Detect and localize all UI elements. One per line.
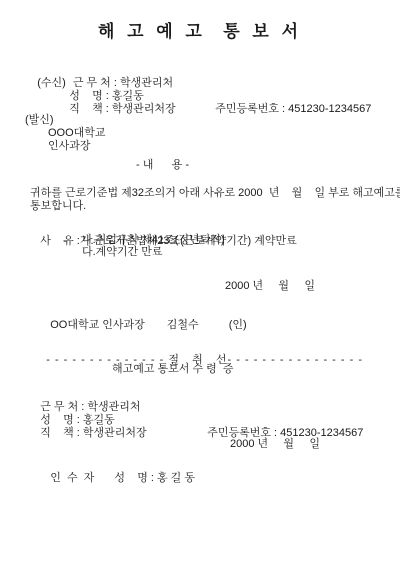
receiver-row: 인 수 자성 명 : 홍 길 동 xyxy=(38,459,195,498)
position-label: 직 책 xyxy=(69,103,102,115)
cut-line-dashes-right: - - - - - - - - - - - - - - - - xyxy=(228,354,363,366)
receipt-position-row: 직 책 : 학생관리처장 xyxy=(28,414,147,453)
label-separator: : xyxy=(279,103,288,115)
signer-row: OO대학교 인사과장김철수(인) xyxy=(38,306,247,345)
reason-item-c: 다.계약기간 만료 xyxy=(82,246,163,259)
label-separator: : xyxy=(148,472,157,484)
receipt-date: 2000 년 월 일 xyxy=(230,438,320,451)
page-title: 해 고 예 고 통 보 서 xyxy=(0,22,400,42)
position-value: 학생관리처장 xyxy=(112,103,176,115)
reason-label: 사 유 xyxy=(40,235,73,247)
receiver-person-label: 인 수 자 xyxy=(50,472,94,484)
recipient-resident-no-row: 주민등록번호 : 451230-1234567 xyxy=(203,90,371,129)
label-separator: : xyxy=(74,427,83,439)
resident-no-label: 주민등록번호 xyxy=(215,103,279,115)
sender-title: 인사과장 xyxy=(48,140,91,153)
dismissal-notice-document: 해 고 예 고 통 보 서 (수신)근 무 처 : 학생관리처 성 명 : 홍길… xyxy=(0,0,400,565)
sender-org: OOO대학교 xyxy=(48,127,106,140)
issuance-date: 2000 년 월 일 xyxy=(225,280,315,293)
resident-no-value: 451230-1234567 xyxy=(288,103,371,115)
receiver-name-label: 성 명 xyxy=(114,472,147,484)
receiver-name-value: 홍 길 동 xyxy=(157,472,195,484)
position-label: 직 책 xyxy=(40,427,73,439)
body-line-1: 귀하를 근로기준법 제32조의거 아래 사유로 2000 년 월 일 부로 해고… xyxy=(30,187,400,200)
label-separator: : xyxy=(103,103,112,115)
recipient-position-row: 직 책 : 학생관리처장 xyxy=(57,90,176,129)
seal-mark: (인) xyxy=(229,319,247,331)
sender-section-label: (발신) xyxy=(25,114,54,127)
signer-org-title: OO대학교 인사과장 xyxy=(50,319,145,331)
receipt-title: 해고예고 통보서 수 령 증 xyxy=(112,363,234,376)
position-value: 학생관리처장 xyxy=(83,427,147,439)
body-line-2: 통보합니다. xyxy=(30,200,86,213)
signer-name: 김철수 xyxy=(167,319,199,331)
content-heading: - 내 용 - xyxy=(136,159,189,172)
